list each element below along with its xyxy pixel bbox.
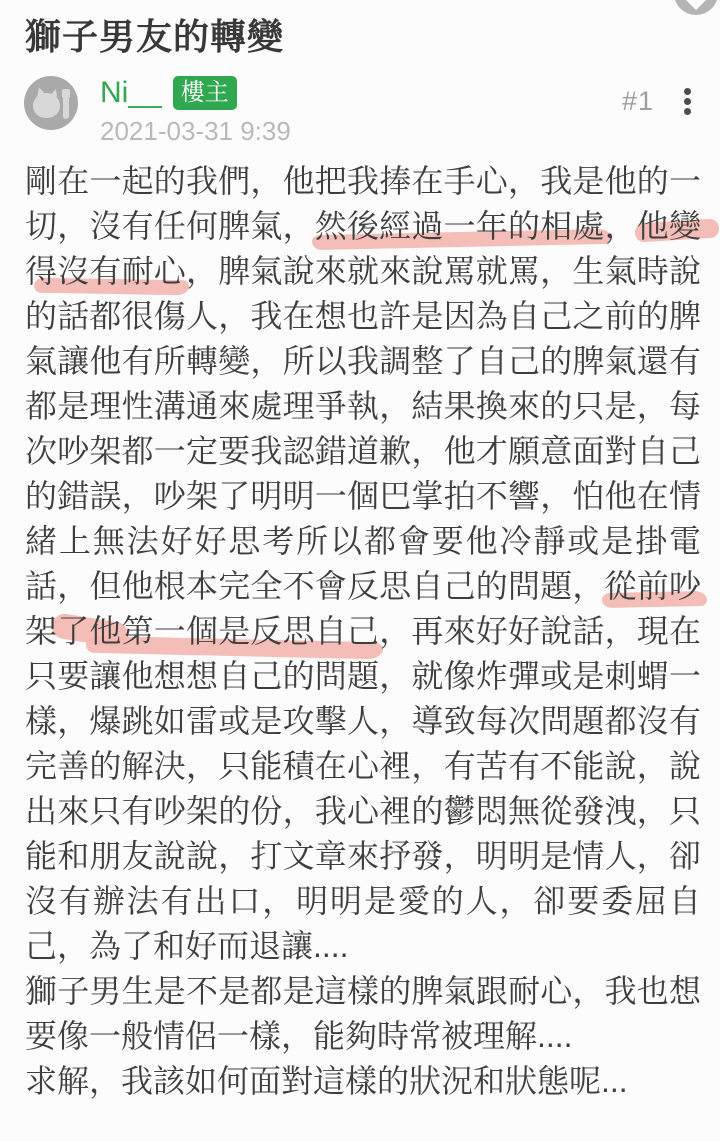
floor-number: #1 — [622, 86, 654, 117]
post-page: 獅子男友的轉變 Ni__ 樓主 2021-03-31 9:39 #1 剛在一起的… — [0, 0, 720, 1141]
original-poster-badge: 樓主 — [173, 76, 237, 110]
kebab-menu-icon — [684, 98, 691, 105]
marker-highlighted-text: 他變 — [637, 208, 701, 244]
body-text: ，脾氣說來就來說罵就罵，生氣時說的話都很傷人，我在想也許是因為自己之前的脾氣讓他… — [25, 253, 701, 604]
avatar-mascot-icon — [33, 93, 60, 118]
marker-highlighted-text: 了他 — [57, 613, 121, 649]
post-header-right: #1 — [622, 84, 695, 119]
page-title: 獅子男友的轉變 — [0, 0, 720, 60]
marker-highlighted-text: 得沒有耐心 — [25, 253, 186, 289]
marker-highlighted-text: 從前吵 — [605, 568, 701, 604]
body-text: 架 — [25, 613, 57, 649]
avatar — [24, 76, 78, 130]
body-text: ，再來好好說話，現在只要讓他想想自己的問題，就像炸彈或是刺蝟一樣，爆跳如雷或是攻… — [25, 613, 701, 964]
author-name: Ni__ — [100, 77, 162, 109]
avatar-stick-icon — [63, 89, 69, 119]
author-meta: Ni__ 樓主 2021-03-31 9:39 — [100, 76, 291, 145]
kebab-menu-icon — [684, 88, 691, 95]
chevron-down-icon — [685, 0, 707, 10]
marker-highlighted-text: 然後經過一年的相處 — [315, 208, 605, 244]
body-text: 獅子男生是不是都是這樣的脾氣跟耐心，我也想要像一般情侶一樣，能夠時常被理解...… — [25, 973, 701, 1054]
body-text: ， — [605, 208, 637, 244]
body-paragraph: 獅子男生是不是都是這樣的脾氣跟耐心，我也想要像一般情侶一樣，能夠時常被理解...… — [25, 969, 701, 1059]
body-paragraph: 剛在一起的我們，他把我捧在手心，我是他的一切，沒有任何脾氣，然後經過一年的相處，… — [25, 159, 701, 969]
marker-highlighted-text: 第一個是反思自己 — [122, 613, 380, 649]
post-header: Ni__ 樓主 2021-03-31 9:39 #1 — [24, 76, 695, 145]
body-text: 求解，我該如何面對這樣的狀況和狀態呢... — [25, 1063, 628, 1099]
more-options-button[interactable] — [680, 84, 695, 119]
post-body: 剛在一起的我們，他把我捧在手心，我是他的一切，沒有任何脾氣，然後經過一年的相處，… — [25, 159, 701, 1104]
post-timestamp: 2021-03-31 9:39 — [100, 117, 291, 145]
body-paragraph: 求解，我該如何面對這樣的狀況和狀態呢... — [25, 1059, 701, 1104]
kebab-menu-icon — [684, 108, 691, 115]
